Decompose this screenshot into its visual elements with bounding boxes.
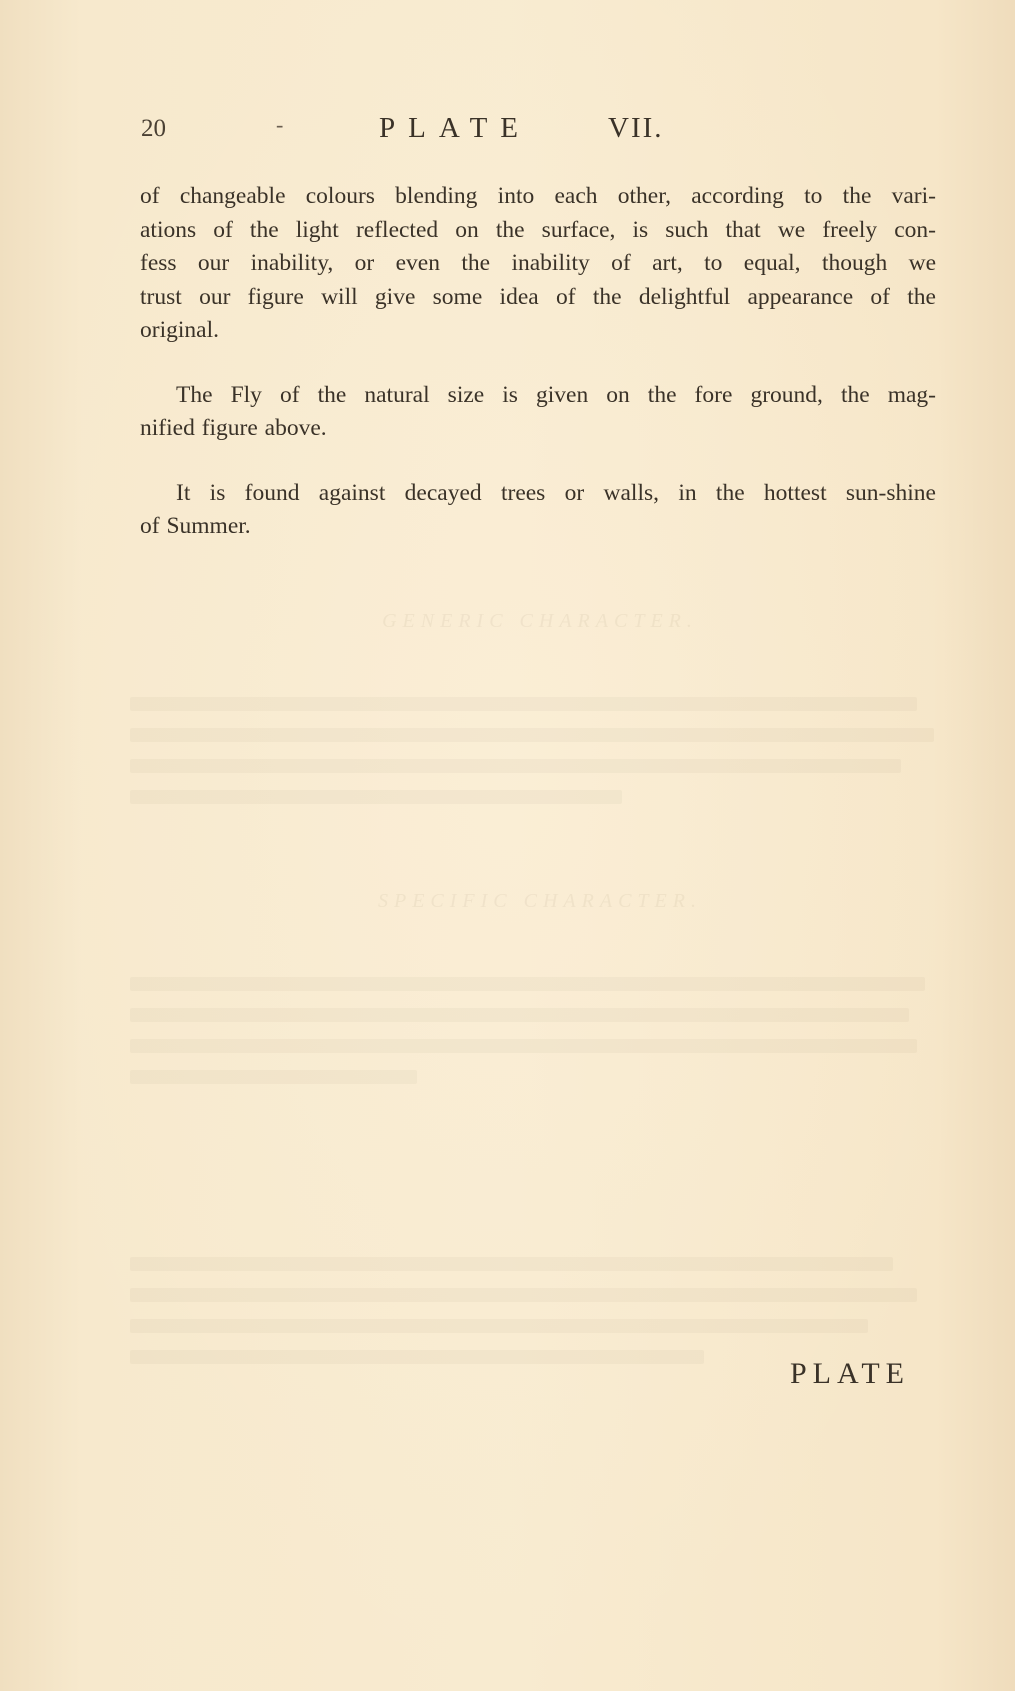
text-line: original. xyxy=(140,314,936,348)
text-line: ations of the light reflected on the sur… xyxy=(140,214,936,248)
page-number: 20 xyxy=(141,115,166,143)
bleed-through-heading: GENERIC CHARACTER. xyxy=(130,605,950,637)
head-dash: - xyxy=(276,112,283,138)
text-line: It is found against decayed trees or wal… xyxy=(140,477,936,511)
plate-title: PLATE xyxy=(379,112,531,145)
plate-number: VII. xyxy=(608,112,664,145)
bleed-through-text-block xyxy=(130,680,950,830)
paragraph-colours: of changeable colours blending into each… xyxy=(140,180,936,348)
text-line: trust our figure will give some idea of … xyxy=(140,281,936,315)
bleed-through-heading: SPECIFIC CHARACTER. xyxy=(130,885,950,917)
paragraph-habitat: It is found against decayed trees or wal… xyxy=(140,477,936,544)
text-line: nified figure above. xyxy=(140,412,936,446)
text-line: The Fly of the natural size is given on … xyxy=(140,379,936,413)
body-text: of changeable colours blending into each… xyxy=(140,180,936,544)
text-line: fess our inability, or even the inabilit… xyxy=(140,247,936,281)
running-head: 20 - PLATE VII. xyxy=(141,112,841,152)
book-page: GENERIC CHARACTER. SPECIFIC CHARACTER. 2… xyxy=(0,0,1015,1691)
catchword: PLATE xyxy=(790,1357,910,1391)
text-line: of changeable colours blending into each… xyxy=(140,180,936,214)
bleed-through-text-block xyxy=(130,960,950,1100)
text-line: of Summer. xyxy=(140,510,936,544)
paragraph-fly-size: The Fly of the natural size is given on … xyxy=(140,379,936,446)
